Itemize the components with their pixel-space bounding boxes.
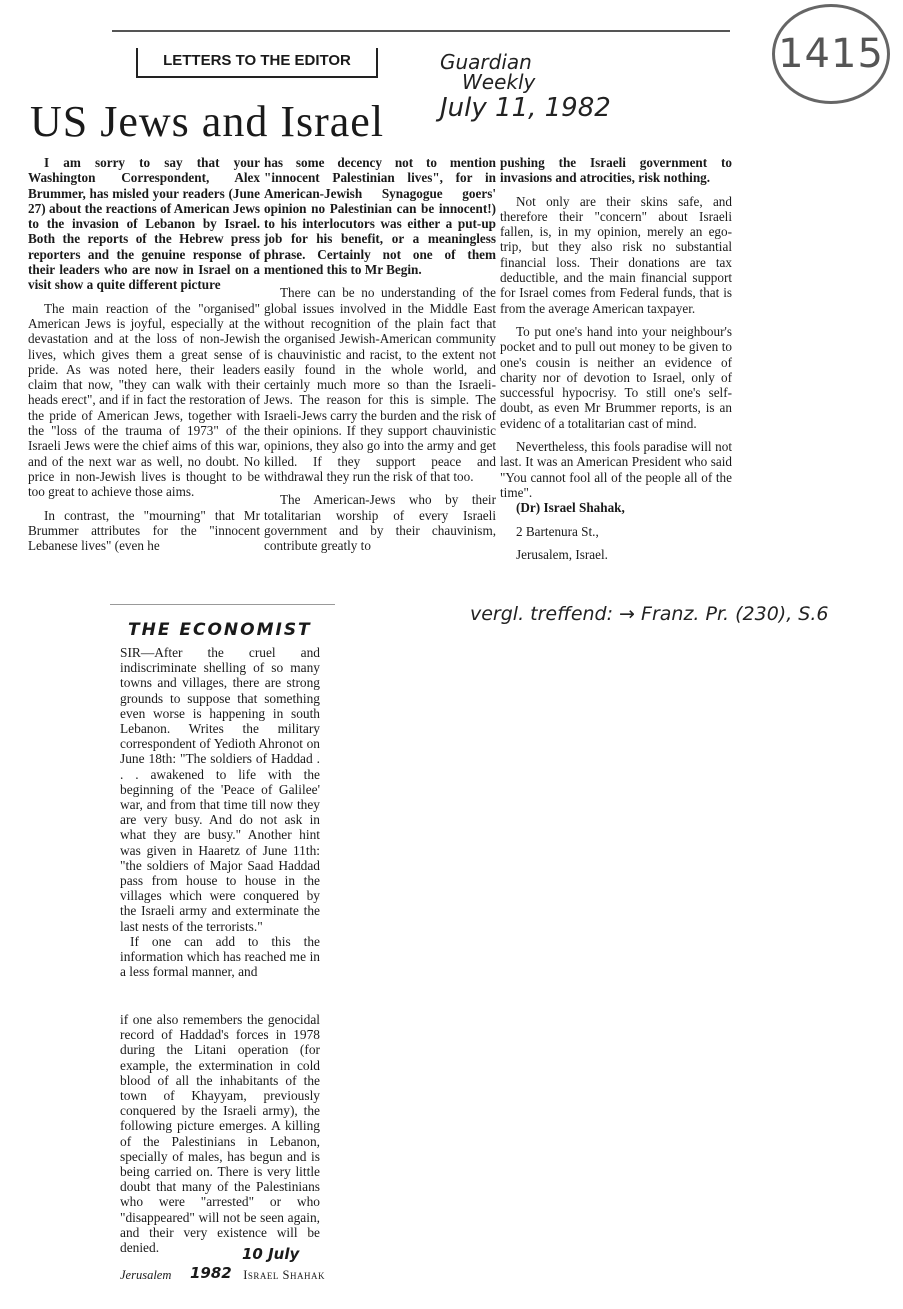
economist-top-rule [110,604,335,605]
economist-column-part-1: SIR—After the cruel and indiscriminate s… [120,645,320,979]
paragraph: Nevertheless, this fools paradise will n… [500,439,732,500]
paragraph: If one can add to this the information w… [120,934,320,980]
paragraph: Not only are their skins safe, and there… [500,194,732,316]
handwritten-source: Guardian Weekly July 11, 1982 [440,52,611,124]
economist-author: Israel Shahak [243,1268,325,1283]
handwritten-economist-date: 10 July [242,1245,299,1263]
clipping-top-rule [112,30,730,32]
paragraph: To put one's hand into your neighbour's … [500,324,732,431]
economist-label: THE ECONOMIST [128,620,312,640]
economist-column-part-2: if one also remembers the genocidal reco… [120,1012,320,1255]
guardian-column-2: has some decency not to mention "innocen… [264,155,496,561]
paragraph: if one also remembers the genocidal reco… [120,1012,320,1255]
headline: US Jews and Israel [30,96,384,148]
handwritten-source-line2: Weekly [440,72,611,92]
section-label: LETTERS TO THE EDITOR [136,48,378,78]
archive-number: 1415 [778,31,884,77]
handwritten-source-line1: Guardian [440,52,611,72]
paragraph: SIR—After the cruel and indiscriminate s… [120,645,320,934]
handwritten-source-date: July 11, 1982 [440,92,611,124]
economist-city: Jerusalem [120,1268,171,1282]
paragraph: I am sorry to say that your Washington C… [28,155,260,293]
section-label-text: LETTERS TO THE EDITOR [163,52,351,69]
signature-address-2: Jerusalem, Israel. [500,547,732,562]
paragraph: There can be no understanding of the glo… [264,285,496,484]
paragraph: pushing the Israeli government to invasi… [500,155,732,186]
handwritten-economist-year: 1982 [190,1264,232,1282]
signature-name: (Dr) Israel Shahak, [500,500,732,515]
paragraph: has some decency not to mention "innocen… [264,155,496,277]
paragraph: In contrast, the "mourning" that Mr Brum… [28,508,260,554]
handwritten-cross-reference: vergl. treffend: → Franz. Pr. (230), S.6 [470,603,828,625]
guardian-column-1: I am sorry to say that your Washington C… [28,155,260,561]
paragraph: The American-Jews who by their totalitar… [264,492,496,553]
archive-number-stamp: 1415 [772,4,890,104]
guardian-column-3: pushing the Israeli government to invasi… [500,155,732,570]
paragraph: The main reaction of the "organised" Ame… [28,301,260,500]
economist-signature: Jerusalem 1982 Israel Shahak [120,1268,325,1283]
signature-address-1: 2 Bartenura St., [500,524,732,539]
